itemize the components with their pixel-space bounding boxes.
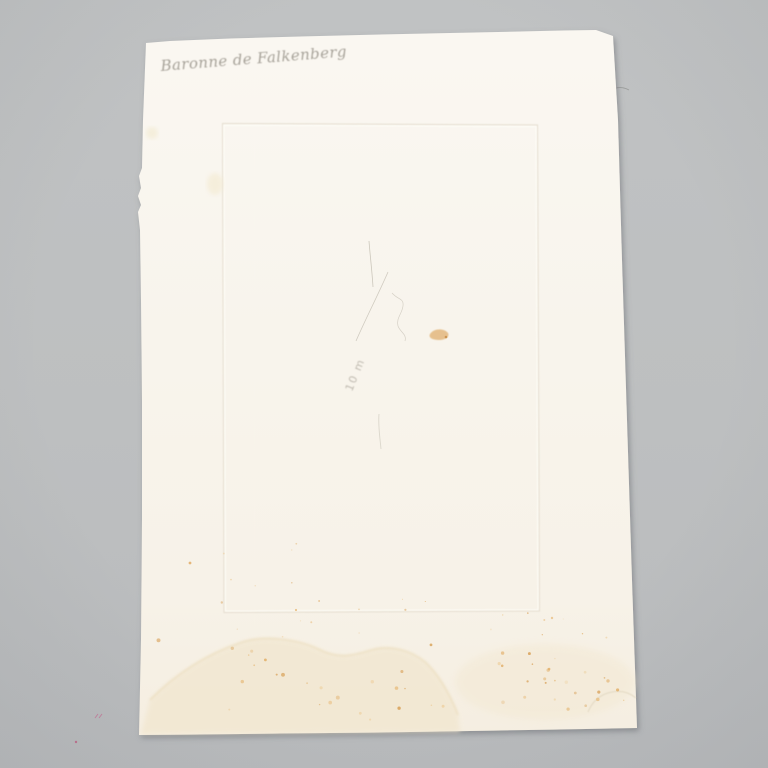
- foxing-dot: [255, 585, 256, 586]
- foxing-dot: [528, 652, 531, 655]
- foxing-dot: [596, 698, 600, 702]
- foxing-dot: [276, 674, 278, 676]
- foxing-dot: [358, 609, 360, 611]
- foxing-dot: [502, 614, 503, 615]
- foxing-dot: [527, 612, 529, 614]
- foxing-dot: [548, 668, 551, 671]
- foxing-dot: [397, 707, 400, 710]
- foxing-dot: [543, 619, 545, 621]
- foxing-dot: [605, 637, 607, 639]
- foxing-dot: [336, 696, 340, 700]
- foxing-dot: [306, 682, 308, 684]
- foxing-dot: [369, 719, 371, 721]
- foxing-dot: [395, 686, 399, 690]
- foxing-dot: [604, 677, 606, 679]
- foxing-dot: [404, 688, 405, 689]
- foxing-dot: [442, 705, 445, 708]
- foxing-dot: [250, 650, 253, 653]
- foxing-dot: [291, 549, 292, 550]
- foxing-dot: [545, 682, 547, 684]
- foxing-dot: [295, 543, 297, 545]
- foxing-dot: [597, 691, 600, 694]
- foxing-dot: [248, 654, 249, 655]
- foxing-dot: [523, 696, 526, 699]
- foxing-dot: [230, 579, 232, 581]
- foxing-dot: [319, 704, 320, 705]
- foxing-dot: [584, 704, 587, 707]
- foxing-dot: [328, 701, 332, 705]
- foxing-dot: [228, 709, 230, 711]
- foxing-dot: [498, 662, 501, 665]
- foxing-dot: [291, 582, 293, 584]
- foxing-dot: [281, 673, 285, 677]
- paper-sheet: [138, 30, 637, 735]
- foxing-dot: [526, 680, 528, 682]
- foxing-dot: [563, 618, 564, 619]
- foxing-dot: [400, 670, 403, 673]
- foxing-dot: [264, 659, 267, 662]
- foxing-dot: [582, 633, 583, 634]
- foxing-dot: [606, 679, 609, 682]
- foxing-dot: [565, 681, 568, 684]
- artwork-sheet: Baronne de Falkenberg 10 m: [138, 30, 637, 735]
- foxing-dot: [241, 680, 244, 683]
- foxing-dot: [320, 686, 323, 689]
- foxing-dot: [501, 701, 505, 705]
- foxing-dot: [253, 664, 255, 666]
- foxing-dot: [430, 644, 433, 647]
- foxing-dot: [402, 599, 403, 600]
- foxing-dot: [542, 634, 543, 635]
- foxing-dot: [425, 601, 426, 602]
- foxing-dot: [157, 638, 161, 642]
- foxing-dot: [431, 705, 433, 707]
- foxing-dot: [566, 707, 569, 710]
- foxing-dot: [584, 671, 587, 674]
- foxing-dot: [359, 712, 362, 715]
- foxing-dot: [310, 621, 312, 623]
- foxing-dot: [231, 647, 234, 650]
- foxing-dot: [371, 680, 374, 683]
- foxing-dot: [543, 677, 546, 680]
- foxing-dot: [223, 553, 225, 555]
- foxing-dot: [554, 658, 555, 659]
- verso-photograph: Baronne de Falkenberg 10 m: [0, 0, 768, 768]
- foxing-dot: [623, 700, 624, 701]
- foxing-dot: [490, 628, 492, 630]
- foxing-dot: [237, 628, 238, 629]
- foxing-dot: [554, 680, 556, 682]
- foxing-dot: [221, 601, 223, 603]
- foxing-dot: [404, 609, 406, 611]
- foxing-dot: [359, 632, 360, 633]
- foxing-dot: [554, 698, 556, 700]
- foxing-dot: [501, 651, 504, 654]
- foxing-dot: [532, 663, 534, 665]
- foxing-dot: [501, 665, 504, 668]
- foxing-dot: [282, 636, 284, 638]
- foxing-dot: [300, 620, 301, 621]
- foxing-dot: [616, 688, 619, 691]
- foxing-dot: [318, 600, 320, 602]
- foxing-dot: [574, 692, 577, 695]
